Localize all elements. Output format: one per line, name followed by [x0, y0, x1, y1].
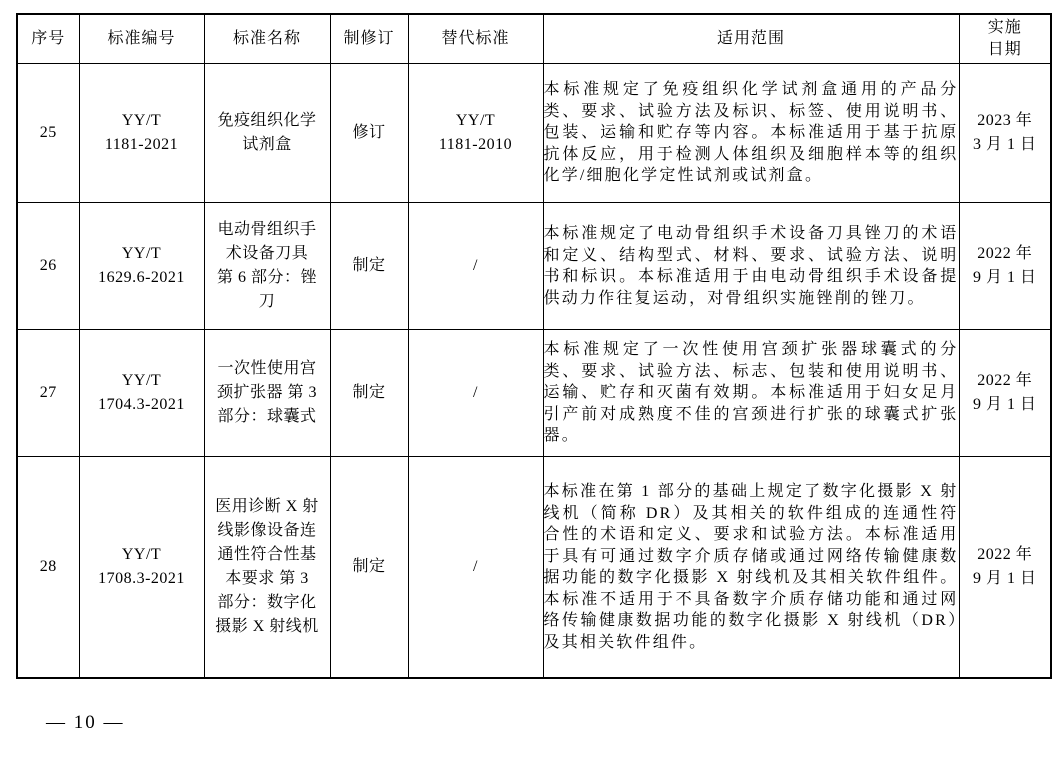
- col-header-scope: 适用范围: [543, 14, 959, 64]
- table-header-row: 序号 标准编号 标准名称 制修订 替代标准 适用范围 实施 日期: [17, 14, 1051, 64]
- col-header-no: 序号: [17, 14, 79, 64]
- cell-revision-type: 修订: [330, 64, 408, 203]
- table-row: 28 YY/T 1708.3-2021 医用诊断 X 射 线影像设备连 通性符合…: [17, 457, 1051, 679]
- cell-standard-name: 一次性使用宫 颈扩张器 第 3 部分：球囊式: [204, 330, 330, 457]
- cell-standard-code: YY/T 1181-2021: [79, 64, 204, 203]
- cell-implementation-date: 2022 年 9 月 1 日: [959, 330, 1051, 457]
- cell-standard-name: 电动骨组织手 术设备刀具 第 6 部分：锉 刀: [204, 203, 330, 330]
- cell-implementation-date: 2022 年 9 月 1 日: [959, 457, 1051, 679]
- cell-revision-type: 制定: [330, 330, 408, 457]
- cell-scope: 本标准规定了一次性使用宫颈扩张器球囊式的分类、要求、试验方法、标志、包装和使用说…: [543, 330, 959, 457]
- cell-standard-name: 医用诊断 X 射 线影像设备连 通性符合性基 本要求 第 3 部分：数字化 摄影…: [204, 457, 330, 679]
- cell-replaced-standard: YY/T 1181-2010: [408, 64, 543, 203]
- cell-replaced-standard: /: [408, 330, 543, 457]
- cell-implementation-date: 2022 年 9 月 1 日: [959, 203, 1051, 330]
- cell-scope: 本标准规定了电动骨组织手术设备刀具锉刀的术语和定义、结构型式、材料、要求、试验方…: [543, 203, 959, 330]
- standards-table: 序号 标准编号 标准名称 制修订 替代标准 适用范围 实施 日期 25 YY/T…: [16, 13, 1052, 679]
- cell-scope: 本标准规定了免疫组织化学试剂盒通用的产品分类、要求、试验方法及标识、标签、使用说…: [543, 64, 959, 203]
- cell-replaced-standard: /: [408, 203, 543, 330]
- col-header-name: 标准名称: [204, 14, 330, 64]
- cell-revision-type: 制定: [330, 457, 408, 679]
- cell-no: 28: [17, 457, 79, 679]
- cell-standard-code: YY/T 1704.3-2021: [79, 330, 204, 457]
- cell-no: 25: [17, 64, 79, 203]
- col-header-date: 实施 日期: [959, 14, 1051, 64]
- cell-scope: 本标准在第 1 部分的基础上规定了数字化摄影 X 射线机（简称 DR）及其相关的…: [543, 457, 959, 679]
- cell-replaced-standard: /: [408, 457, 543, 679]
- cell-implementation-date: 2023 年 3 月 1 日: [959, 64, 1051, 203]
- cell-no: 26: [17, 203, 79, 330]
- cell-revision-type: 制定: [330, 203, 408, 330]
- document-page: 序号 标准编号 标准名称 制修订 替代标准 适用范围 实施 日期 25 YY/T…: [0, 0, 1061, 758]
- cell-no: 27: [17, 330, 79, 457]
- col-header-revision: 制修订: [330, 14, 408, 64]
- table-row: 26 YY/T 1629.6-2021 电动骨组织手 术设备刀具 第 6 部分：…: [17, 203, 1051, 330]
- cell-standard-code: YY/T 1708.3-2021: [79, 457, 204, 679]
- cell-standard-name: 免疫组织化学 试剂盒: [204, 64, 330, 203]
- cell-standard-code: YY/T 1629.6-2021: [79, 203, 204, 330]
- col-header-replaces: 替代标准: [408, 14, 543, 64]
- table-row: 27 YY/T 1704.3-2021 一次性使用宫 颈扩张器 第 3 部分：球…: [17, 330, 1051, 457]
- col-header-code: 标准编号: [79, 14, 204, 64]
- page-number: — 10 —: [46, 712, 125, 734]
- table-row: 25 YY/T 1181-2021 免疫组织化学 试剂盒 修订 YY/T 118…: [17, 64, 1051, 203]
